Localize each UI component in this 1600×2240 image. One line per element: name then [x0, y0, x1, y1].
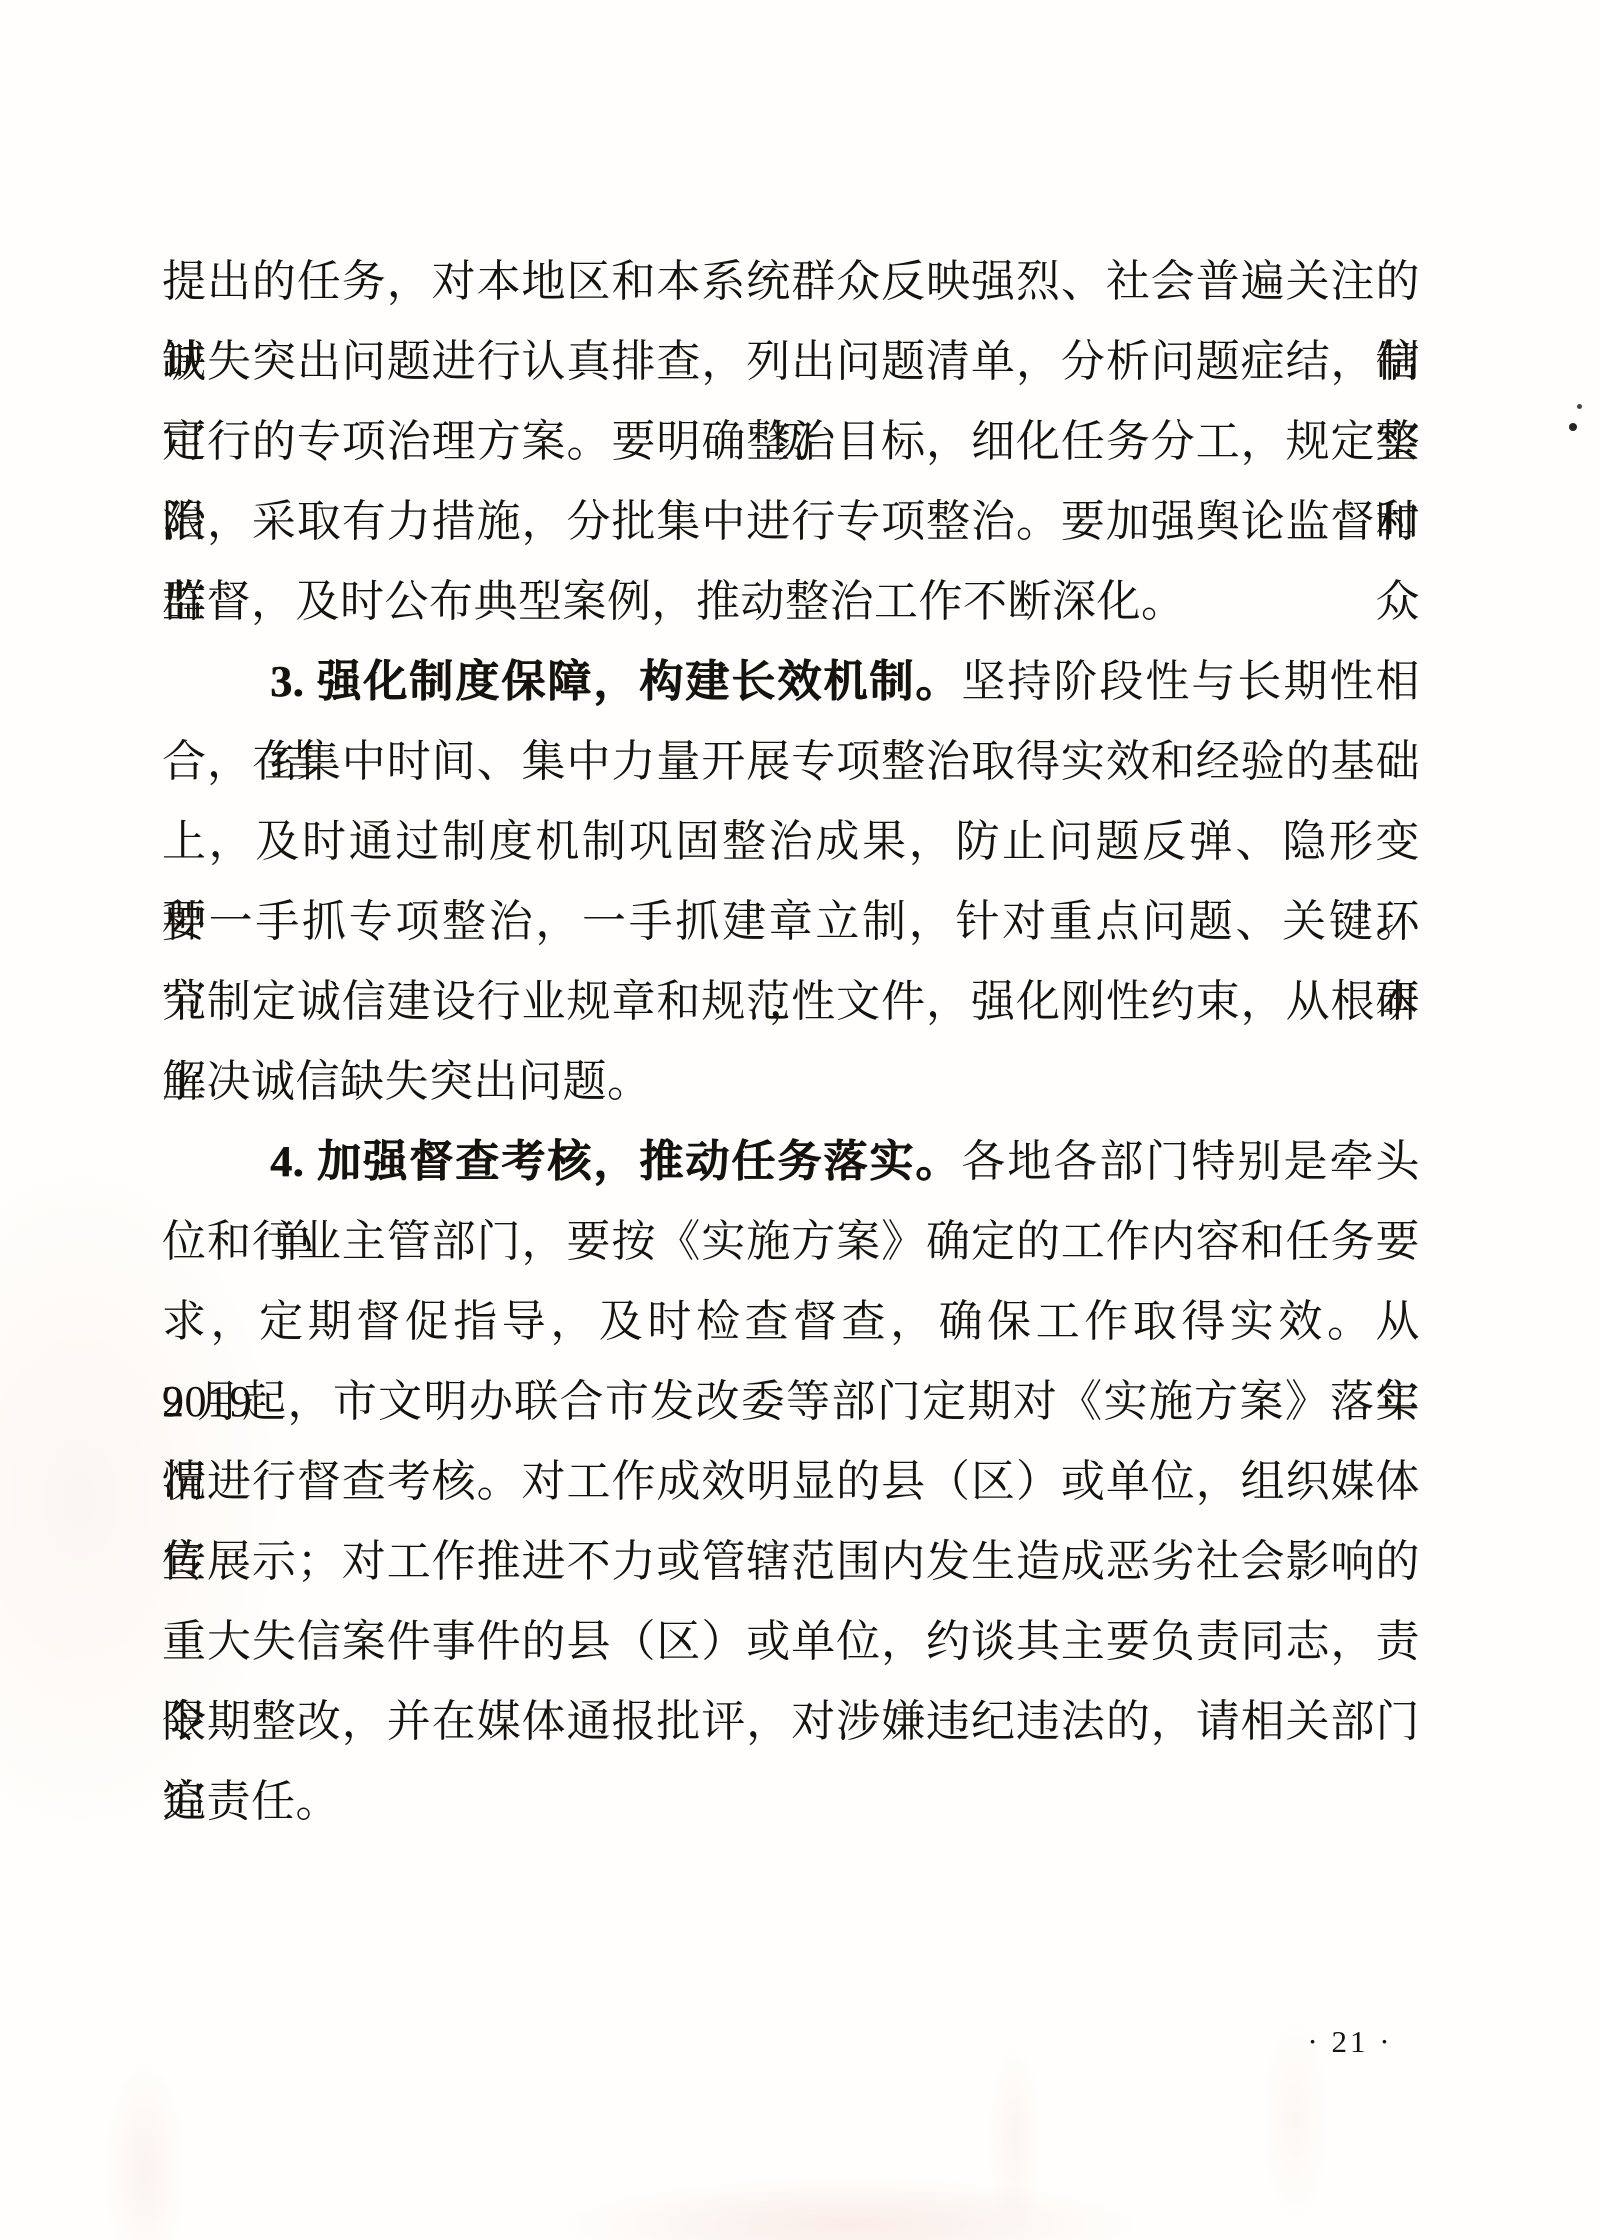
text-run: 传展示；对工作推进不力或管辖范围内发生造成恶劣社会影响的 [162, 1537, 1420, 1586]
text-line: 可行的专项治理方案。要明确整治目标，细化任务分工，规定整治时 [162, 402, 1420, 482]
page-number: · 21 · [1290, 2024, 1410, 2060]
text-run: 解决诚信缺失突出问题。 [162, 1057, 652, 1106]
text-line: 限期整改，并在媒体通报批评，对涉嫌违纪违法的，请相关部门追 [162, 1682, 1420, 1762]
text-line: 9 月起，市文明办联合市发改委等部门定期对《实施方案》落实情 [162, 1362, 1420, 1442]
text-line: 限，采取有力措施，分批集中进行专项整治。要加强舆论监督和群众 [162, 482, 1420, 562]
ink-speck-icon [1569, 423, 1577, 431]
document-body: 提出的任务，对本地区和本系统群众反映强烈、社会普遍关注的诚信缺失突出问题进行认真… [162, 242, 1420, 1842]
text-line: 要一手抓专项整治，一手抓建章立制，针对重点问题、关键环节，研 [162, 882, 1420, 962]
text-line: 究制定诚信建设行业规章和规范性文件，强化刚性约束，从根本上 [162, 962, 1420, 1042]
text-run: 监督，及时公布典型案例，推动整治工作不断深化。 [162, 577, 1186, 626]
paragraph-lead: 4. 加强督查考核，推动任务落实。 [270, 1137, 961, 1186]
text-line: 合，在集中时间、集中力量开展专项整治取得实效和经验的基础 [162, 722, 1420, 802]
text-line: 重大失信案件事件的县（区）或单位，约谈其主要负责同志，责令 [162, 1602, 1420, 1682]
text-line: 提出的任务，对本地区和本系统群众反映强烈、社会普遍关注的诚信 [162, 242, 1420, 322]
text-line: 解决诚信缺失突出问题。 [162, 1042, 1420, 1122]
ink-speck-icon [1577, 404, 1582, 409]
text-line: 传展示；对工作推进不力或管辖范围内发生造成恶劣社会影响的 [162, 1522, 1420, 1602]
text-line: 缺失突出问题进行认真排查，列出问题清单，分析问题症结，制定切实 [162, 322, 1420, 402]
text-line: 位和行业主管部门，要按《实施方案》确定的工作内容和任务要 [162, 1202, 1420, 1282]
paragraph-lead: 3. 强化制度保障，构建长效机制。 [270, 657, 961, 706]
text-line: 求，定期督促指导，及时检查督查，确保工作取得实效。从 2019 年 [162, 1282, 1420, 1362]
text-line: 究责任。 [162, 1762, 1420, 1842]
text-run: 究责任。 [162, 1777, 340, 1826]
text-line: 上，及时通过制度机制巩固整治成果，防止问题反弹、隐形变种。 [162, 802, 1420, 882]
text-line: 4. 加强督查考核，推动任务落实。各地各部门特别是牵头单 [162, 1122, 1420, 1202]
text-run: 位和行业主管部门，要按《实施方案》确定的工作内容和任务要 [162, 1217, 1420, 1266]
text-line: 况进行督查考核。对工作成效明显的县（区）或单位，组织媒体宣 [162, 1442, 1420, 1522]
text-line: 3. 强化制度保障，构建长效机制。坚持阶段性与长期性相结 [162, 642, 1420, 722]
text-run: 合，在集中时间、集中力量开展专项整治取得实效和经验的基础 [162, 737, 1420, 786]
